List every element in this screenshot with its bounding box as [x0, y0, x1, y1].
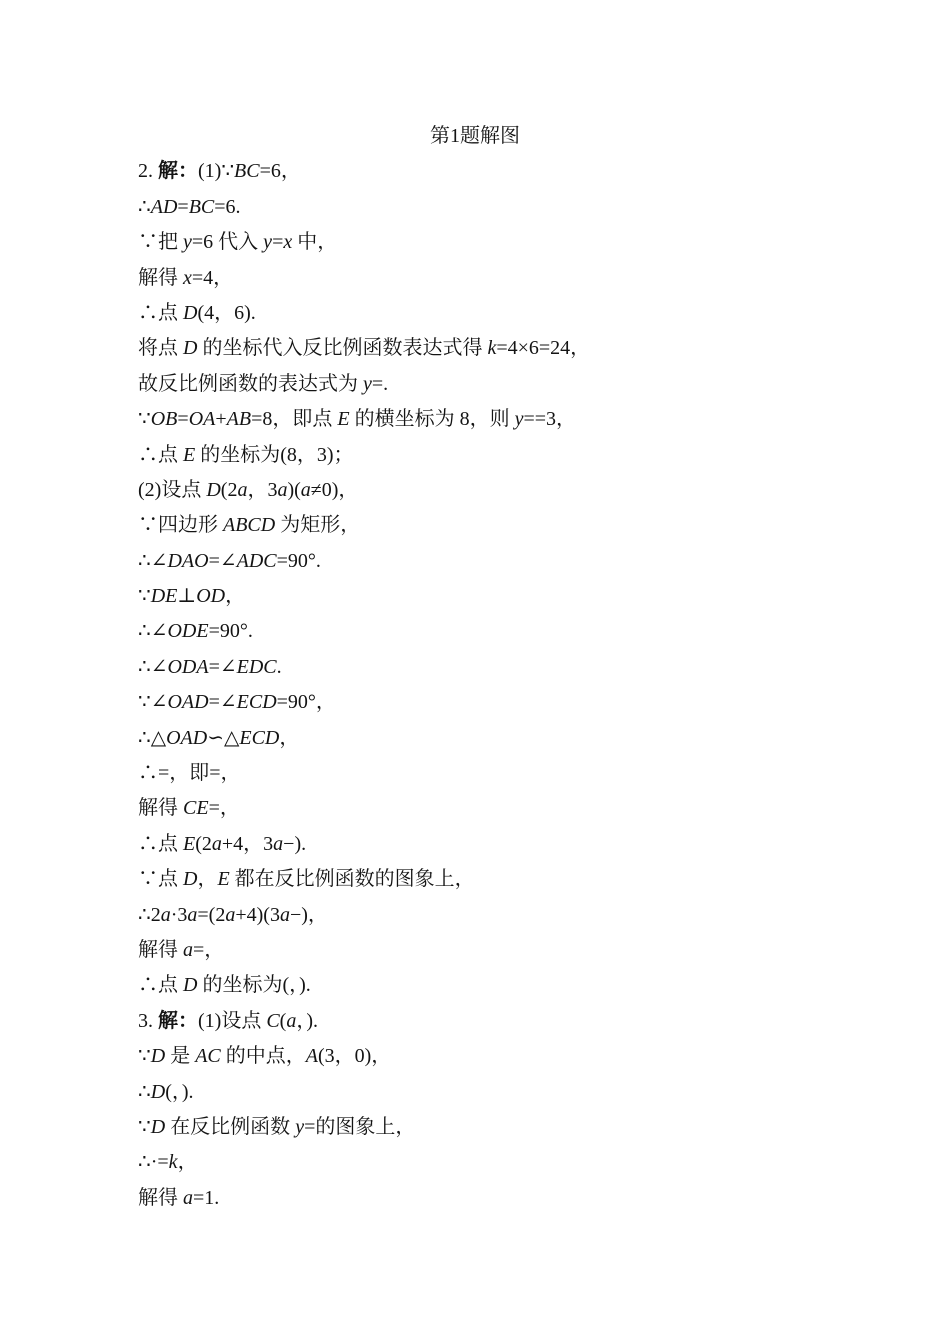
text-line: ∵点 D，E 都在反比例函数的图象上，: [0, 862, 950, 897]
text-line: ∴∠ODA=∠EDC.: [0, 650, 950, 685]
text-line: 解得 a=1.: [0, 1181, 950, 1216]
text-line: ∴△OAD∽△ECD，: [0, 721, 950, 756]
text-line: ∵D 是 AC 的中点，A(3，0)，: [0, 1039, 950, 1074]
text-line: ∵OB=OA+AB=8，即点 E 的横坐标为 8，则 y==3，: [0, 402, 950, 437]
text-line: 将点 D 的坐标代入反比例函数表达式得 k=4×6=24，: [0, 331, 950, 366]
text-line: ∴∠ODE=90°.: [0, 614, 950, 649]
text-line: ∴·=k，: [0, 1145, 950, 1180]
text-line: 解得 CE=，: [0, 791, 950, 826]
figure-caption: 第1题解图: [0, 119, 950, 154]
text-line: ∵把 y=6 代入 y=x 中，: [0, 225, 950, 260]
solution-text-block: 2. 解：(1)∵BC=6，∴AD=BC=6.∵把 y=6 代入 y=x 中，解…: [0, 154, 950, 1216]
text-line: ∴=，即=，: [0, 756, 950, 791]
text-line: ∴点 D 的坐标为(，).: [0, 968, 950, 1003]
document-page: 第1题解图 2. 解：(1)∵BC=6，∴AD=BC=6.∵把 y=6 代入 y…: [0, 0, 950, 1344]
text-line: 3. 解：(1)设点 C(a，).: [0, 1004, 950, 1039]
text-line: ∵DE⊥OD，: [0, 579, 950, 614]
text-line: 故反比例函数的表达式为 y=.: [0, 367, 950, 402]
text-line: ∴点 D(4，6).: [0, 296, 950, 331]
text-line: ∴D(，).: [0, 1075, 950, 1110]
text-line: ∴∠DAO=∠ADC=90°.: [0, 544, 950, 579]
text-line: ∴AD=BC=6.: [0, 190, 950, 225]
text-line: ∴2a·3a=(2a+4)(3a−)，: [0, 898, 950, 933]
text-line: ∵∠OAD=∠ECD=90°，: [0, 685, 950, 720]
text-line: ∵四边形 ABCD 为矩形，: [0, 508, 950, 543]
text-line: (2)设点 D(2a，3a)(a≠0)，: [0, 473, 950, 508]
text-line: 解得 a=，: [0, 933, 950, 968]
text-line: ∴点 E 的坐标为(8，3)；: [0, 438, 950, 473]
text-line: 2. 解：(1)∵BC=6，: [0, 154, 950, 189]
text-line: ∴点 E(2a+4，3a−).: [0, 827, 950, 862]
solution-document: 第1题解图 2. 解：(1)∵BC=6，∴AD=BC=6.∵把 y=6 代入 y…: [0, 119, 950, 1216]
text-line: 解得 x=4，: [0, 261, 950, 296]
text-line: ∵D 在反比例函数 y=的图象上，: [0, 1110, 950, 1145]
